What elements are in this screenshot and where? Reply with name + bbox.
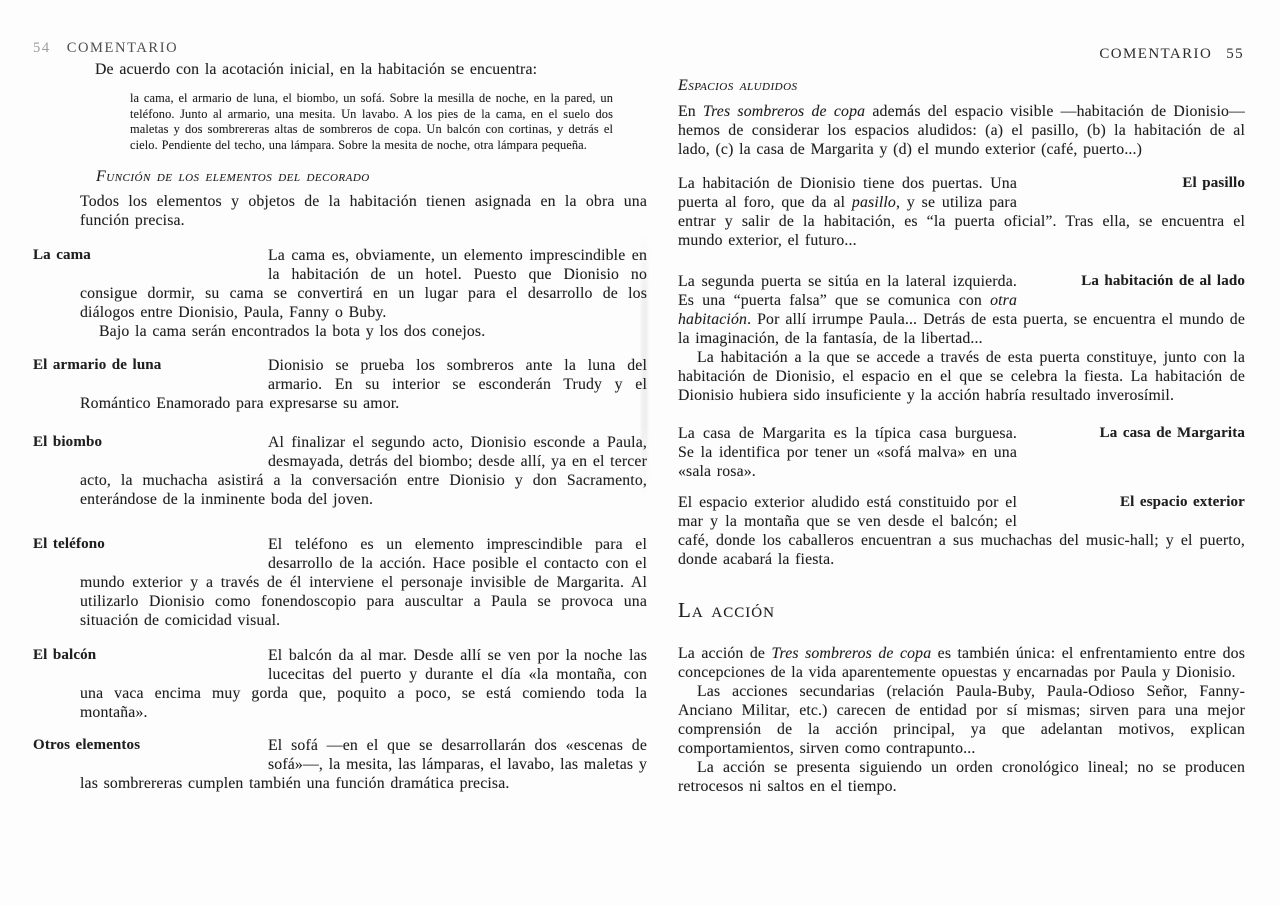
entry-text: . Por allí irrumpe Paula... Detrás de es… <box>678 311 1245 347</box>
entry-el-armario-de-luna: El armario de luna Dionisio se prueba lo… <box>80 356 647 413</box>
accion-paragraph-3: La acción se presenta siguiendo un orden… <box>678 758 1245 796</box>
italic-word: pasillo <box>852 194 896 211</box>
section-heading-espacios: Espacios aludidos <box>678 76 1245 95</box>
entry-label-la-casa-de-margarita: La casa de Margarita <box>1100 424 1245 443</box>
entry-paragraph: Bajo la cama serán encontrados la bota y… <box>80 322 647 341</box>
entry-paragraph: El sofá —en el que se desarrollarán dos … <box>80 736 647 793</box>
label-spacer <box>80 535 268 573</box>
entry-paragraph: El balcón da al mar. Desde allí se ven p… <box>80 646 647 722</box>
entry-la-cama: La cama La cama es, obviamente, un eleme… <box>80 246 647 341</box>
section-heading-decorado: Función de los elementos del decorado <box>96 167 647 186</box>
entry-el-balcon: El balcón El balcón da al mar. Desde all… <box>80 646 647 722</box>
entry-label-el-armario-de-luna: El armario de luna <box>33 356 161 375</box>
espacios-intro: En Tres sombreros de copa además del esp… <box>678 102 1245 159</box>
entry-label-el-biombo: El biombo <box>33 433 102 452</box>
entry-el-biombo: El biombo Al finalizar el segundo acto, … <box>80 433 647 509</box>
entry-label-la-habitacion-de-al-lado: La habitación de al lado <box>1081 272 1245 291</box>
label-spacer <box>80 433 268 471</box>
accion-text: La acción de <box>678 645 771 662</box>
section-heading-la-accion: La acción <box>678 597 1245 623</box>
label-spacer <box>80 246 268 284</box>
entry-el-pasillo: El pasillo La habitación de Dionisio tie… <box>678 174 1245 250</box>
entry-el-telefono: El teléfono El teléfono es un elemento i… <box>80 535 647 630</box>
accion-paragraph-2: Las acciones secundarias (relación Paula… <box>678 682 1245 758</box>
entry-paragraph: La habitación a la que se accede a travé… <box>678 348 1245 405</box>
page-right-body: Espacios aludidos En Tres sombreros de c… <box>678 0 1245 796</box>
entry-paragraph: Al finalizar el segundo acto, Dionisio e… <box>80 433 647 509</box>
section-intro: Todos los elementos y objetos de la habi… <box>80 192 647 230</box>
entry-paragraph: La habitación de Dionisio tiene dos puer… <box>678 174 1245 250</box>
accion-paragraph-1: La acción de Tres sombreros de copa es t… <box>678 644 1245 682</box>
entry-label-el-espacio-exterior: El espacio exterior <box>1120 493 1245 512</box>
entry-paragraph: La cama es, obviamente, un elemento impr… <box>80 246 647 322</box>
book-spread: 54COMENTARIO COMENTARIO55 De acuerdo con… <box>0 0 1280 905</box>
entry-la-casa-de-margarita: La casa de Margarita La casa de Margarit… <box>678 424 1245 481</box>
entry-label-el-pasillo: El pasillo <box>1182 174 1245 193</box>
entry-text: La casa de Margarita es la típica casa b… <box>678 425 1017 480</box>
entry-label-el-balcon: El balcón <box>33 646 96 665</box>
entry-el-espacio-exterior: El espacio exterior El espacio exterior … <box>678 493 1245 569</box>
page-left-body: De acuerdo con la acotación inicial, en … <box>80 0 647 793</box>
work-title-italic: Tres sombreros de copa <box>703 103 865 120</box>
label-spacer <box>80 646 268 684</box>
entry-label-el-telefono: El teléfono <box>33 535 105 554</box>
espacios-intro-text: En <box>678 103 703 120</box>
entry-label-otros-elementos: Otros elementos <box>33 736 140 755</box>
work-title-italic: Tres sombreros de copa <box>771 645 931 662</box>
entry-otros-elementos: Otros elementos El sofá —en el que se de… <box>80 736 647 793</box>
entry-text: La segunda puerta se sitúa en la lateral… <box>678 273 1017 309</box>
entry-paragraph: Dionisio se prueba los sombreros ante la… <box>80 356 647 413</box>
entry-paragraph: El teléfono es un elemento imprescindibl… <box>80 535 647 630</box>
page-number-left: 54 <box>33 40 51 56</box>
stage-direction-quote: la cama, el armario de luna, el biombo, … <box>130 91 613 153</box>
entry-la-habitacion-de-al-lado: La habitación de al lado La segunda puer… <box>678 272 1245 405</box>
entry-label-la-cama: La cama <box>33 246 91 265</box>
opening-line: De acuerdo con la acotación inicial, en … <box>80 60 647 79</box>
